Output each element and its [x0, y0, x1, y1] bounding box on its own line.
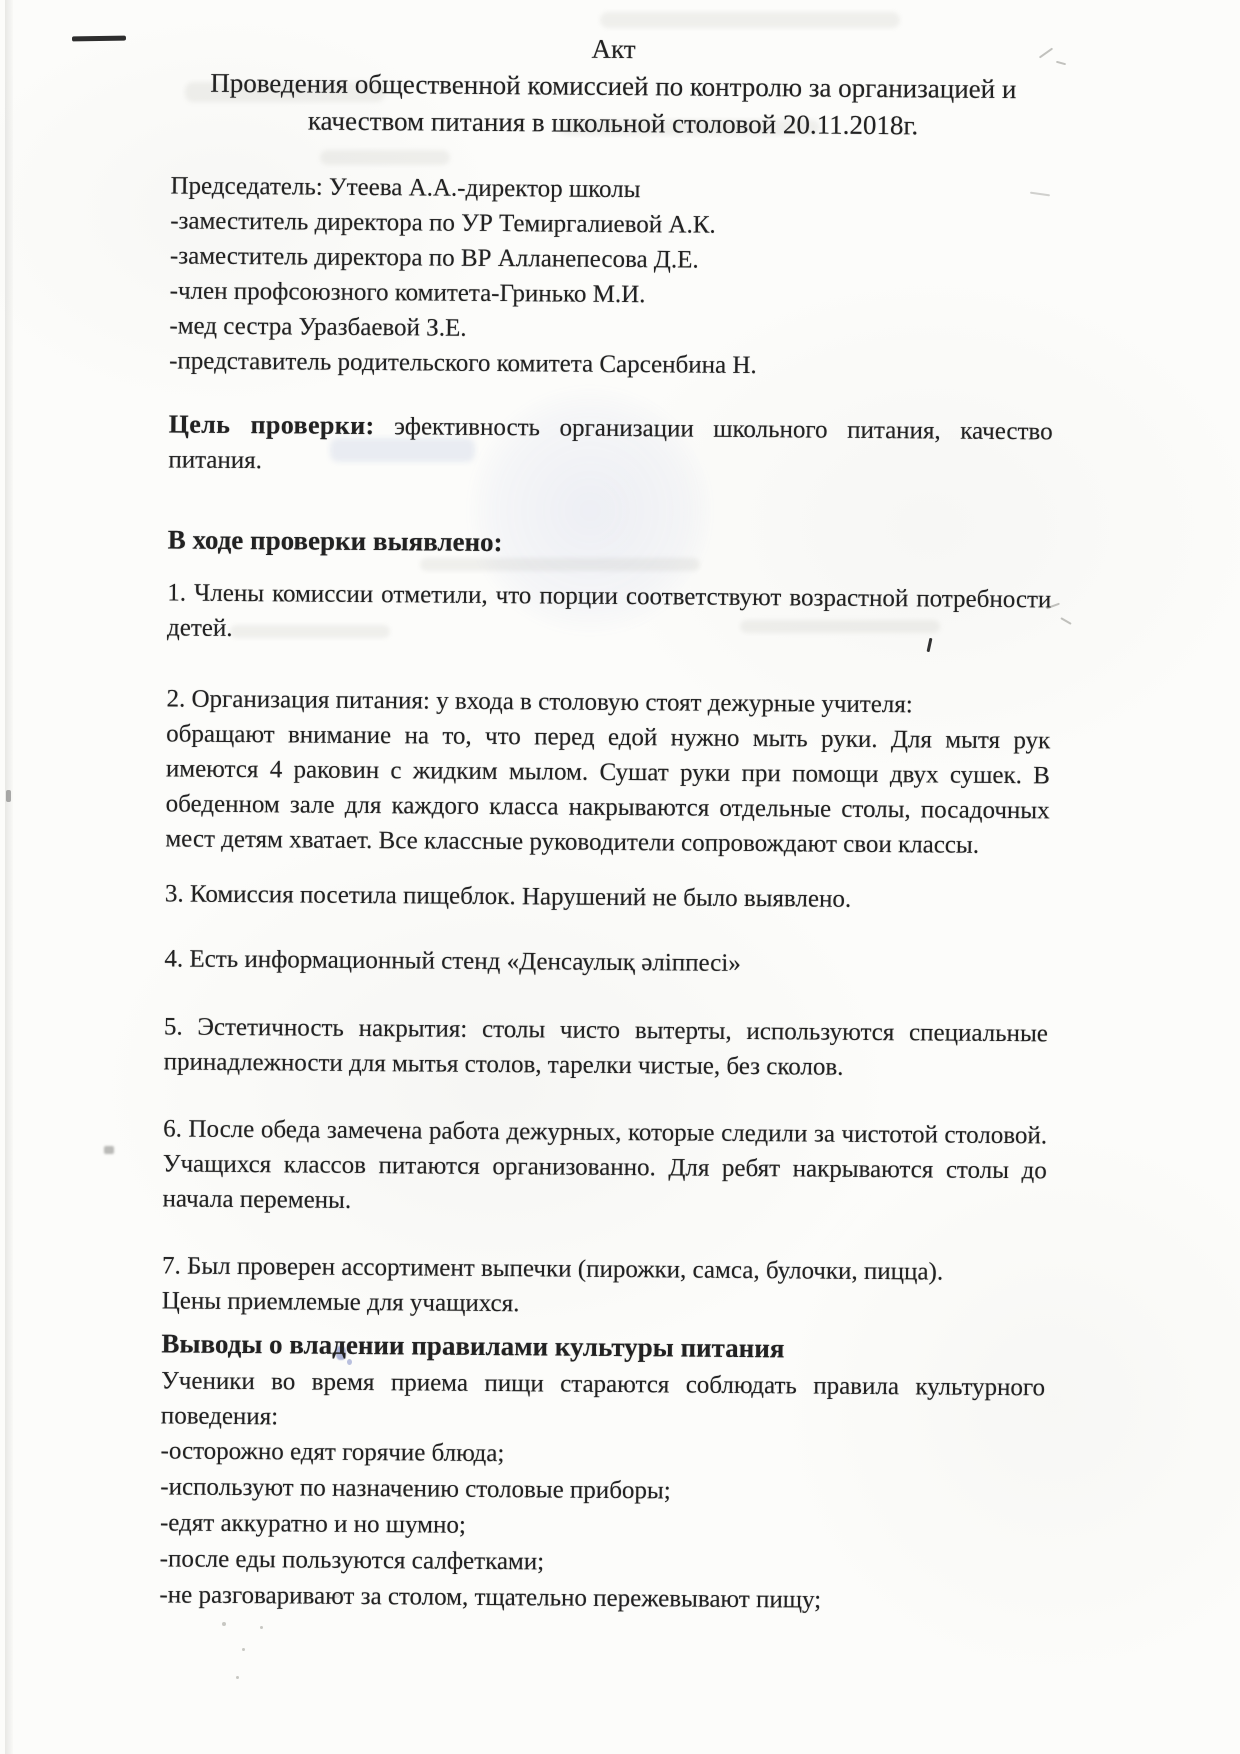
- finding-item-3: 3. Комиссия посетила пищеблок. Нарушений…: [165, 876, 1049, 918]
- finding-item-7: 7. Был проверен ассортимент выпечки (пир…: [162, 1248, 1047, 1325]
- finding-item-1: 1. Члены комиссии отметили, что порции с…: [167, 575, 1052, 652]
- scan-speck: [242, 1648, 245, 1651]
- finding-item-2: 2. Организация питания: у входа в столов…: [165, 681, 1050, 863]
- findings-heading: В ходе проверки выявлено:: [168, 522, 1052, 564]
- conduct-rules-list: -осторожно едят горячие блюда; -использу…: [159, 1433, 1044, 1620]
- scan-speck: [222, 1622, 226, 1626]
- commission-member: -представитель родительского комитета Са…: [169, 343, 1053, 385]
- document-body: Акт Проведения общественной комиссией по…: [0, 0, 1240, 1622]
- inspection-purpose-label: Цель проверки:: [169, 409, 375, 440]
- document-title-line-3: качеством питания в школьной столовой 20…: [171, 101, 1055, 145]
- document-title: Акт Проведения общественной комиссией по…: [171, 27, 1056, 145]
- scan-speck: [236, 1676, 239, 1679]
- inspection-purpose: Цель проверки: эфективность организации …: [168, 406, 1053, 484]
- finding-item-6: 6. После обеда замечена работа дежурных,…: [162, 1111, 1047, 1223]
- conclusions-heading: Выводы о владении правилами культуры пит…: [161, 1326, 1045, 1368]
- finding-item-4: 4. Есть информационный стенд «Денсаулық …: [164, 941, 1048, 983]
- scanned-document-page: Акт Проведения общественной комиссией по…: [0, 0, 1240, 1754]
- finding-item-5: 5. Эстетичность накрытия: столы чисто вы…: [164, 1009, 1049, 1086]
- commission-list: Председатель: Утеева А.А.-директор школы…: [169, 168, 1055, 385]
- conduct-rule-line: -не разговаривают за столом, тщательно п…: [159, 1577, 1043, 1620]
- conclusions-intro: Ученики во время приема пищи стараются с…: [161, 1363, 1046, 1440]
- document-title-line-2: Проведения общественной комиссией по кон…: [171, 64, 1055, 108]
- scan-speck: [260, 1626, 263, 1629]
